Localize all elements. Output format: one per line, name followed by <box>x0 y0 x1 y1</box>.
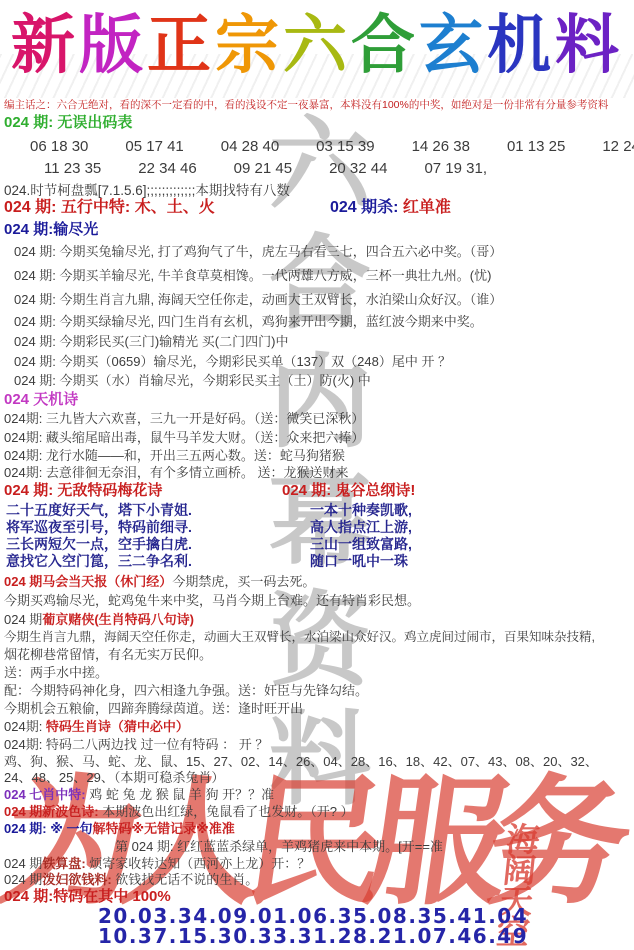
mahui-line-2: 今期买鸡输尽光，蛇鸡兔牛来中奖，马肖今期上台难。还有特肖彩民想。 <box>4 592 420 609</box>
shengxiao-header: 024期: 特码生肖诗（猜中必中） <box>4 718 189 735</box>
pofu-text: 欲钱找无话不说的生肖。 <box>115 872 258 887</box>
meihua-line: 意找它入空门箟，三二争名利. <box>6 553 192 570</box>
tiesuanpan-prefix: 024 期 <box>4 856 42 871</box>
shengxiao-numbers-1: 鸡、狗、猴、马、蛇、龙、鼠、15、27、02、14、26、04、28、16、18… <box>4 753 598 770</box>
shujin-header: 024 期:输尽光 <box>4 221 98 238</box>
shujin-line: 024 期: 今期买兔输尽光, 打了鸡狗气了牛，虎左马右看三七，四合五六必中奖。… <box>14 243 502 260</box>
shujin-line: 024 期: 今期买绿输尽光, 四门生肖有玄机，鸡狗来开出今期，蓝红波今期来中奖… <box>14 313 483 330</box>
shijie-line: 024.时节柯盘瓢[7.1.5.6];;;;;;;;;;;;;本期找特有八数 <box>4 182 290 199</box>
pujing-label: 葡京赌侠(生肖特码八句诗) <box>42 612 194 627</box>
shujin-line: 024 期: 今期买羊输尽光, 牛羊食草莫相馋。一代两雄八方威，三杯一典壮九州。… <box>14 267 491 284</box>
sheet-content: 新版正宗六合玄机料 编主话之：六合无绝对，看的深不一定看的中，看的浅设不定一夜暴… <box>0 0 634 950</box>
code-table-header: 024 期: 无误出码表 <box>4 114 132 131</box>
pujing-jihui-line: 今期机会五粮偷，四蹄奔腾绿茵道。送：逢时旺开出 <box>4 700 303 717</box>
bose-label: 024 期新波色诗: <box>4 804 102 819</box>
qisha-label: 024 期杀: <box>330 199 403 216</box>
tianji-line: 024期: 三九皆大六欢喜，三九一开是好码。（送：微笑已深秋） <box>4 410 364 427</box>
wuxing-line: 024 期: 五行中特: 木、土、火 <box>4 199 215 216</box>
tianji-line: 024期: 去意徘徊无奈泪，有个多情立画桥。 送：龙猴送财来 <box>4 464 349 481</box>
tianji-header: 024 天机诗 <box>4 391 78 408</box>
meihua-line: 三长两短欠一点，空手擒白虎. <box>6 536 192 553</box>
shengxiao-numbers-2: 24、48、25、29、（本期可稳杀兔肖） <box>4 769 224 786</box>
yijie-red-part: 解特码※无错记录※准准 <box>93 821 235 836</box>
shujin-line: 024 期: 今期生肖言九鼎, 海阔天空任你走，动画大王双臂长，水泊梁山众好汉。… <box>14 291 502 308</box>
tiesuanpan-label: 铁算盘: <box>42 856 89 871</box>
qixiao-label: 024 七肖中特: <box>4 787 89 802</box>
pujing-poem-line: 烟花柳巷常留情，有名无实万民仰。 <box>4 646 212 663</box>
qisha-value: 红单准 <box>403 199 451 216</box>
guigu-line: 三山一组致富路, <box>310 536 412 553</box>
guigu-header: 024 期: 鬼谷总纲诗! <box>282 482 415 499</box>
mahui-label: 024 期马会当天报（休门经） <box>4 574 172 589</box>
code-table-row-1: 06 18 3005 17 4104 28 4003 15 3914 26 38… <box>30 138 634 155</box>
pujing-pei-line: 配：今期特码神化身，四六相逢九争强。送：奸臣与先锋勾结。 <box>4 682 368 699</box>
pofu-line: 024 期泼妇欲钱料: 欲钱找无话不说的生肖。 <box>4 871 258 888</box>
pujing-prefix: 024 期 <box>4 612 42 627</box>
shengxiao-prefix: 024期: <box>4 719 46 734</box>
tianji-line: 024期: 藏头缩尾暗出毒，鼠牛马羊发大财。（送：众来把六捧） <box>4 429 364 446</box>
pofu-label: 泼妇欲钱料: <box>42 872 115 887</box>
lottery-sheet-page: 六合内幕资料 为人民服务 海阔天空 新版正宗六合玄机料 编主话之：六合无绝对，看… <box>0 0 634 950</box>
bose-line: 024 期新波色诗: 本期波色出红绿，兔鼠看了也发财。（开? ） <box>4 803 354 820</box>
guigu-line: 一本十种奏凯歌, <box>310 502 412 519</box>
code-table-row-2: 11 23 3522 34 4609 21 4520 32 4407 19 31… <box>44 160 487 177</box>
qixiao-value: 鸡 蛇 兔 龙 猴 鼠 羊 狗 开？？准 <box>89 787 274 802</box>
meihua-header: 024 期: 无敌特码梅花诗 <box>4 482 162 499</box>
mahui-text: 今期禁虎，买一码去死。 <box>172 574 315 589</box>
shujin-line: 024 期: 今期买（0659）输尽光，今期彩民买单（137）双（248）尾中 … <box>14 353 451 370</box>
tema-numbers-2: 10.37.15.30.33.31.28.21.07.46.49 <box>98 928 528 945</box>
shengxiao-line: 024期: 特码二八两边找 过一位有特码 ： 开 ？ <box>4 736 268 753</box>
tema-numbers-1: 20.03.34.09.01.06.35.08.35.41.04 <box>98 908 528 925</box>
pujing-poem-line: 今期生肖言九鼎，海阔天空任你走，动画大王双臂长，水泊梁山众好汉。鸡立虎间过闹市，… <box>4 629 595 646</box>
qixiao-line: 024 七肖中特: 鸡 蛇 兔 龙 猴 鼠 羊 狗 开？？准 <box>4 786 274 803</box>
tiesuanpan-text: 烦寄家收转达知（西河亦上龙）开：？ <box>89 856 310 871</box>
shujin-line: 024 期: 今期彩民买(三门)输精光 买(二门四门)中 <box>14 333 288 350</box>
guigu-line: 高人指点江上游, <box>310 519 412 536</box>
page-title: 新版正宗六合玄机料 <box>0 2 634 90</box>
tema-header: 024 期:特码在其中 100% <box>4 888 171 905</box>
pofu-prefix: 024 期 <box>4 872 42 887</box>
editor-disclaimer: 编主话之：六合无绝对，看的深不一定看的中，看的浅设不定一夜暴富，本料没有100%… <box>4 97 608 114</box>
shujin-line: 024 期: 今期买（水）肖输尽光，今期彩民买主（土）防(火) 中 <box>14 372 371 389</box>
pujing-song-line: 送：两手水中搓。 <box>4 664 108 681</box>
pujing-header: 024 期葡京赌侠(生肖特码八句诗) <box>4 611 194 628</box>
yijie-header: 024 期: ※ 一句解特码※无错记录※准准 <box>4 820 235 837</box>
tianji-line: 024期: 龙行水随——和，开出三五两心数。送：蛇马狗猪猴 <box>4 447 345 464</box>
yijie-answer-line: 第 024 期: 红红蓝蓝杀绿单，羊鸡猪虎来中本期。[开==准 <box>115 838 443 855</box>
meihua-line: 二十五度好天气，塔下小青姐. <box>6 502 192 519</box>
guigu-line: 随口一吼中一珠 <box>310 553 408 570</box>
bose-value: 本期波色出红绿，兔鼠看了也发财。（开? ） <box>102 804 353 819</box>
mahui-line: 024 期马会当天报（休门经）今期禁虎，买一码去死。 <box>4 573 315 590</box>
yijie-blue-part: 024 期: ※ 一句 <box>4 821 93 836</box>
shengxiao-label: 特码生肖诗（猜中必中） <box>46 719 189 734</box>
tiesuanpan-line: 024 期铁算盘: 烦寄家收转达知（西河亦上龙）开：？ <box>4 855 310 872</box>
qisha-line: 024 期杀: 红单准 <box>330 199 451 216</box>
meihua-line: 将军巡夜至引号，特码前细寻. <box>6 519 192 536</box>
